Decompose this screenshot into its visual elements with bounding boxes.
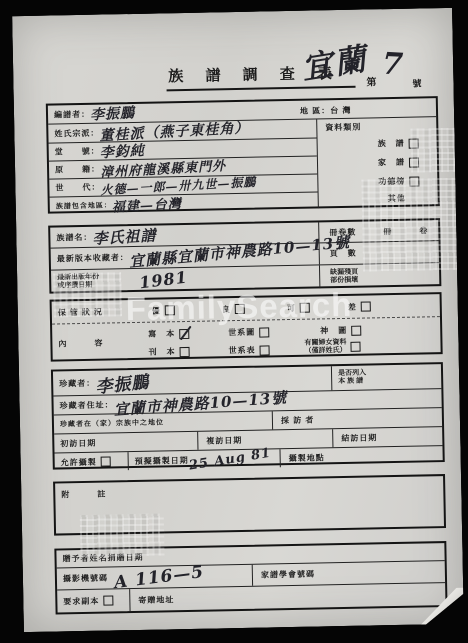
holder-label: 珍藏者： [59,377,95,389]
area-label: 地 區：台 灣 [300,105,352,117]
latest-holder-label: 最新版本收藏者： [57,252,129,264]
publish-year-handwritten: 1981 [138,267,189,292]
poor-label: 差 [348,301,357,312]
ancestor-portrait-label: 神 圖 [320,325,347,337]
poor-checkbox [361,301,371,311]
book-name-handwritten: 李氏祖譜 [92,224,157,248]
material-category-column: 資料類別 族 譜 家 譜 功德榜 其他 [316,117,438,208]
copy-request-label: 要求副本 [63,595,99,607]
manuscript-checkbox-checked [179,328,189,338]
compiler-label: 編譜者： [54,108,90,120]
condition-option-excellent: 優 [152,305,175,316]
lineage-chart-label: 世系圖 [228,327,255,339]
included-line1: 是否列入 [338,370,366,378]
category-option-other: 其他 [327,192,420,205]
category-option-zupu: 族 譜 [326,138,419,151]
generation-label: 世 代： [55,182,100,194]
condition-option-fair: 可 [287,302,310,313]
volumes-unit1: 冊 [383,226,392,237]
manuscript-label: 寫 本 [148,328,175,340]
zupu-option-label: 族 譜 [378,138,405,150]
filming-date-label: 預擬攝製日期 [135,454,189,466]
condition-table: 保管狀況 優 良 可 差 內 容 寫 本 世系圖 神 圖 刊 本 世系表 有關婦… [50,292,443,362]
pages-cell: 頁 數 [319,241,439,264]
scanned-page-background: { "header": { "title": "族 譜 調 查 表", "reg… [0,0,468,643]
filming-date-cell: 預擬攝製日期 25 Aug 81 [128,449,280,470]
coverage-row: 族譜包含地區： 福建—台灣 [50,191,318,214]
publish-year-label: 最新出版年份或序撰日期 [57,273,99,290]
volumes-unit2: 卷 [419,225,428,236]
other-option-label: 其他 [388,193,406,204]
camera-number-label: 攝影機號碼 [63,573,108,585]
first-visit-label: 初訪日期 [60,437,96,449]
publish-year-cell: 最新出版年份或序撰日期 1981 [51,265,319,293]
position-label: 珍藏者在（家）宗族中之地位 [60,417,164,429]
gongdebang-option-label: 功德榜 [378,176,405,188]
gongdebang-checkbox [409,176,419,186]
second-visit-label: 複訪日期 [206,434,242,446]
women-data-line1: 有關婦女資料 [304,339,346,347]
content-ancestor-portrait: 神 圖 [320,325,361,337]
hall-label: 堂 號： [55,146,100,158]
publish-year-label-line1: 最新出版年份 [57,273,99,281]
interviewer-label: 採 訪 者 [281,414,315,426]
included-label: 是否列入本 族 譜 [338,370,366,387]
content-label: 內 容 [52,338,106,350]
missing-pages-cell: 缺漏殘頁部份損壞 [319,263,439,288]
number-prefix: 第 [366,73,376,88]
holder-address-label: 珍藏者住址： [60,399,114,411]
origin-label: 原 籍： [55,164,100,176]
women-data-label: 有關婦女資料（僅詳姓氏） [304,339,346,356]
filming-permit-cell: 允許攝製 [55,452,128,471]
society-number-label: 家譜學會號碼 [261,569,315,581]
printed-checkbox [180,346,190,356]
content-lineage-table: 世系表 [228,344,269,356]
condition-label: 保管狀況 [52,306,106,318]
women-data-checkbox [350,342,360,352]
filming-place-label: 攝製地點 [289,452,325,464]
condition-option-poor: 差 [348,301,371,312]
send-address-label: 寄贈地址 [138,594,174,606]
excellent-label: 優 [152,305,161,316]
scanned-genealogy-form-paper: 族 譜 調 查 表 宜蘭 第 7 號 編譜者： 李振鵬 地 區：台 灣 姓氏宗派… [12,8,464,632]
excellent-checkbox [165,305,175,315]
printed-label: 刊 本 [148,346,175,358]
basic-info-body: 姓氏宗派： 董桂派（燕子東桂角） 堂 號： 李鈞純 原 籍： 漳州府龍溪縣東門外… [48,116,438,213]
women-data-line2: （僅詳姓氏） [305,347,347,355]
jiapu-option-label: 家 譜 [378,157,405,169]
final-visit-cell: 結訪日期 [332,427,442,447]
folded-corner [419,588,464,625]
donor-label: 贈予者姓名捐贈日期 [62,552,143,565]
handwritten-number: 7 [381,46,404,82]
included-line2: 本 族 譜 [338,378,363,385]
filming-permit-label: 允許攝製 [61,456,97,468]
fair-checkbox [300,303,310,313]
category-option-jiapu: 家 譜 [326,156,419,169]
missing-pages-line2: 部份損壞 [330,276,358,284]
good-checkbox [235,304,245,314]
category-option-gongdebang: 功德榜 [326,175,419,188]
branch-label: 姓氏宗派： [54,127,99,139]
ancestor-portrait-checkbox [351,325,361,335]
material-category-title: 資料類別 [325,121,418,134]
copy-request-checkbox [103,595,113,605]
coverage-handwritten: 福建—台灣 [111,193,182,216]
content-printed: 刊 本 [148,346,189,358]
missing-pages-label: 缺漏殘頁部份損壞 [330,268,358,285]
jiapu-checkbox [409,157,419,167]
filming-place-cell: 攝製地點 [279,446,442,467]
handwritten-check-mark [180,325,192,340]
handwritten-region: 宜蘭 [298,33,370,88]
copy-request-cell: 要求副本 [57,589,129,612]
notes-label: 附 註 [61,489,109,501]
content-women-data: 有關婦女資料（僅詳姓氏） [304,339,360,356]
final-visit-label: 結訪日期 [341,432,377,444]
basic-info-table: 編譜者： 李振鵬 地 區：台 灣 姓氏宗派： 董桂派（燕子東桂角） 堂 號： 李… [46,96,440,214]
lineage-table-label: 世系表 [228,345,255,357]
fair-label: 可 [287,302,296,313]
condition-option-good: 良 [222,303,245,314]
microfilm-table: 贈予者姓名捐贈日期 攝影機號碼 A 116—5 家譜學會號碼 要求副本 寄贈地址 [54,541,447,615]
content-manuscript: 寫 本 [148,328,189,340]
holder-table: 珍藏者： 李振鵬 是否列入本 族 譜 珍藏者住址： 宜蘭市神農路10—13號 珍… [51,362,445,470]
coverage-label: 族譜包含地區： [56,200,112,211]
filming-date-handwritten: 25 Aug 81 [188,445,272,473]
send-address-cell: 寄贈地址 [129,583,445,611]
basic-info-left-column: 姓氏宗派： 董桂派（燕子東桂角） 堂 號： 李鈞純 原 籍： 漳州府龍溪縣東門外… [48,119,318,213]
filming-permit-checkbox [101,456,111,466]
book-name-label: 族譜名： [56,231,92,243]
lineage-chart-checkbox [259,327,269,337]
missing-pages-line1: 缺漏殘頁 [330,268,358,276]
notes-table: 附 註 [53,474,446,536]
number-suffix: 號 [412,76,421,89]
content-lineage-chart: 世系圖 [228,326,269,338]
publish-year-label-line2: 或序撰日期 [57,281,92,289]
included-cell: 是否列入本 族 譜 [331,364,441,390]
good-label: 良 [222,304,231,315]
pages-label: 頁 數 [330,248,357,260]
lineage-table-checkbox [259,345,269,355]
content-row: 內 容 寫 本 世系圖 神 圖 刊 本 世系表 有關婦女資料（僅詳姓氏） [52,316,441,363]
zupu-checkbox [409,138,419,148]
book-info-table: 族譜名： 李氏祖譜 冊卷數 冊 卷 最新版本收藏者： 宜蘭縣宜蘭市神農路10—1… [48,218,441,294]
